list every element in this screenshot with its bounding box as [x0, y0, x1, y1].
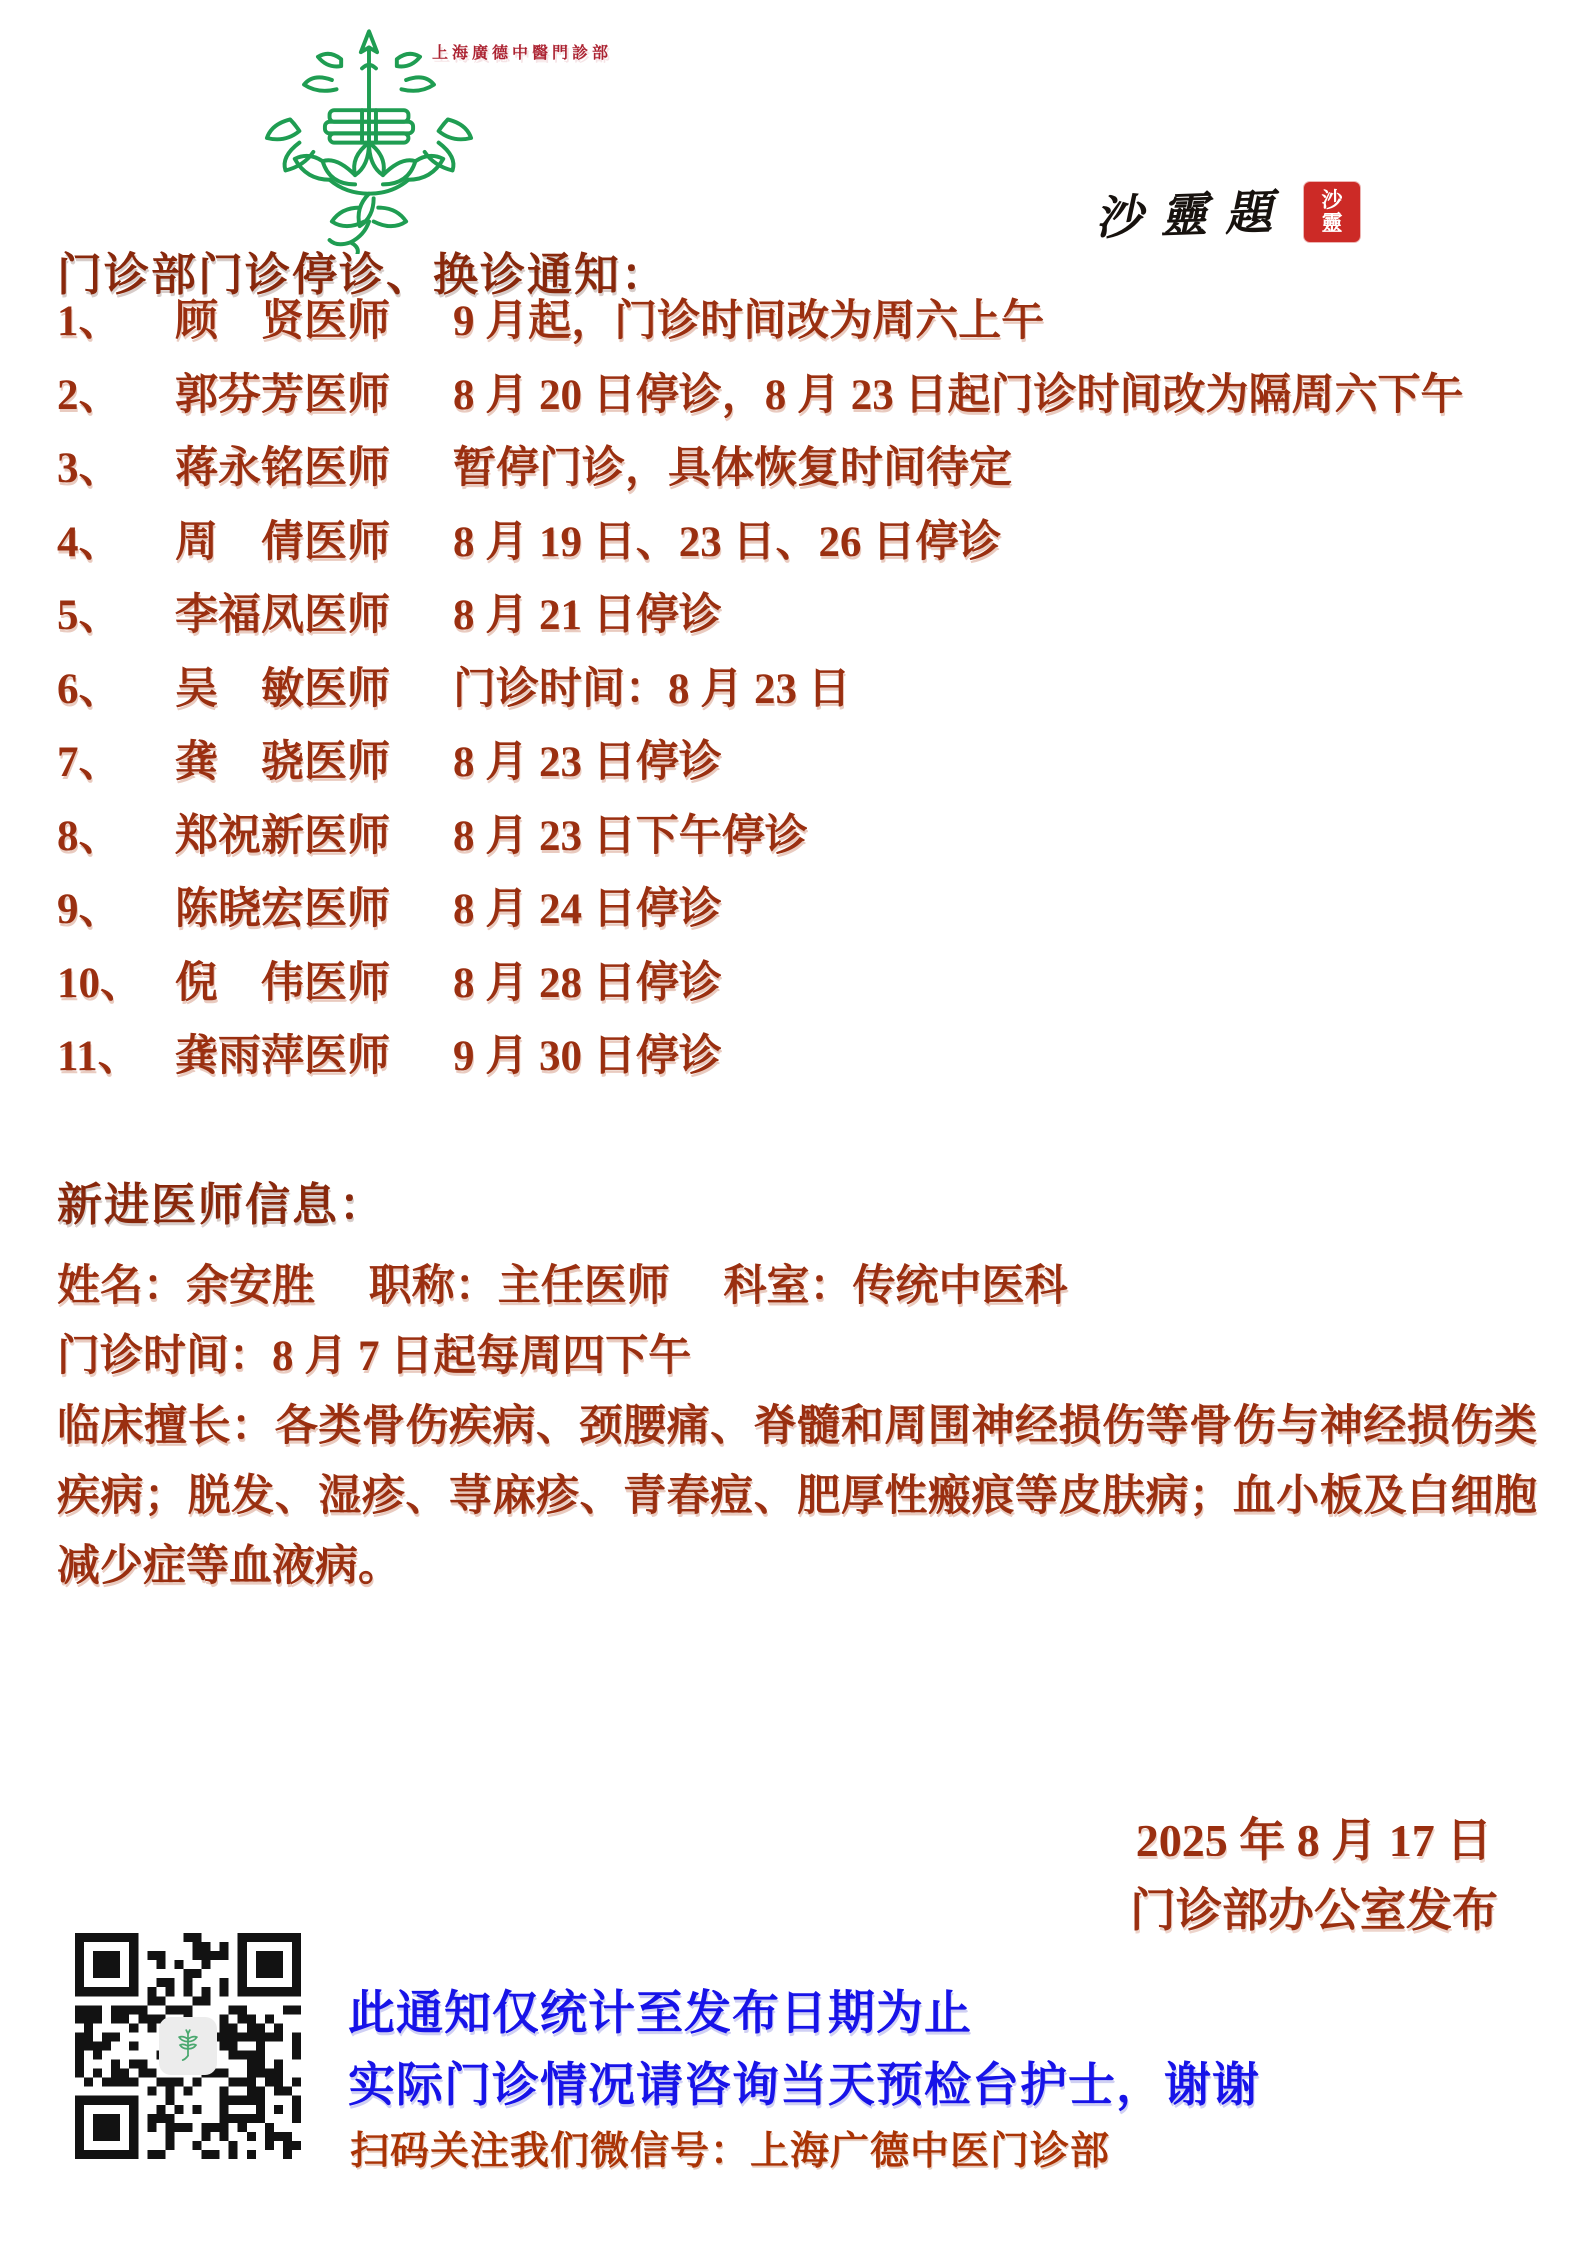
calligrapher-signature-row: 沙靈題 沙 靈 — [1095, 178, 1360, 245]
new-doctor-heading: 新进医师信息： — [57, 1168, 386, 1233]
row-number: 2、 — [57, 367, 175, 425]
doctor-name: 龚 骁医师 — [175, 734, 453, 792]
wechat-qr-code — [75, 1933, 301, 2159]
calligrapher-signature: 沙靈題 — [1094, 175, 1291, 249]
new-doctor-specialties: 临床擅长：各类骨伤疾病、颈腰痛、脊髓和周围神经损伤等骨伤与神经损伤类疾病；脱发、… — [57, 1392, 1537, 1602]
row-number: 3、 — [57, 440, 175, 498]
new-doctor-name-title-dept: 姓名：余安胜 职称：主任医师 科室：传统中医科 — [57, 1252, 1068, 1313]
schedule-change-row: 9、陈晓宏医师8 月 24 日停诊 — [57, 881, 1558, 955]
footer-note-blue-2: 实际门诊情况请咨询当天预检台护士，谢谢 — [348, 2048, 1260, 2115]
footer-note-blue-1: 此通知仅统计至发布日期为止 — [348, 1976, 972, 2043]
publish-date-block: 2025 年 8 月 17 日 门诊部办公室发布 — [1130, 1806, 1498, 1946]
schedule-change-list: 1、顾 贤医师9 月起，门诊时间改为周六上午2、郭芬芳医师8 月 20 日停诊，… — [57, 293, 1558, 1102]
row-number: 1、 — [57, 293, 175, 351]
row-number: 6、 — [57, 661, 175, 719]
publisher: 门诊部办公室发布 — [1130, 1876, 1498, 1946]
schedule-info: 暂停门诊，具体恢复时间待定 — [453, 440, 1558, 498]
schedule-info: 8 月 28 日停诊 — [453, 955, 1558, 1013]
schedule-info: 门诊时间：8 月 23 日 — [453, 661, 1558, 719]
red-seal-stamp: 沙 靈 — [1304, 182, 1360, 242]
schedule-change-row: 11、龚雨萍医师9 月 30 日停诊 — [57, 1028, 1558, 1102]
schedule-info: 8 月 23 日停诊 — [453, 734, 1558, 792]
qr-logo-plant-icon — [166, 2024, 210, 2068]
schedule-info: 9 月 30 日停诊 — [453, 1028, 1558, 1086]
qr-center-logo — [159, 2017, 217, 2075]
doctor-name: 顾 贤医师 — [175, 293, 453, 351]
row-number: 7、 — [57, 734, 175, 792]
schedule-change-row: 4、周 倩医师8 月 19 日、23 日、26 日停诊 — [57, 514, 1558, 588]
schedule-info: 8 月 19 日、23 日、26 日停诊 — [453, 514, 1558, 572]
schedule-change-row: 1、顾 贤医师9 月起，门诊时间改为周六上午 — [57, 293, 1558, 367]
doctor-name: 郑祝新医师 — [175, 808, 453, 866]
row-number: 10、 — [57, 955, 175, 1013]
doctor-name: 陈晓宏医师 — [175, 881, 453, 939]
row-number: 8、 — [57, 808, 175, 866]
schedule-change-row: 7、龚 骁医师8 月 23 日停诊 — [57, 734, 1558, 808]
schedule-change-row: 2、郭芬芳医师8 月 20 日停诊，8 月 23 日起门诊时间改为隔周六下午 — [57, 367, 1558, 441]
clinic-name-calligraphy: 上海廣德中醫門診部 — [432, 40, 1332, 63]
doctor-name: 龚雨萍医师 — [175, 1028, 453, 1086]
seal-char: 靈 — [1322, 212, 1343, 235]
new-doctor-clinic-hours: 门诊时间：8 月 7 日起每周四下午 — [57, 1322, 691, 1383]
publish-date: 2025 年 8 月 17 日 — [1130, 1806, 1498, 1876]
doctor-name: 倪 伟医师 — [175, 955, 453, 1013]
schedule-change-row: 8、郑祝新医师8 月 23 日下午停诊 — [57, 808, 1558, 882]
schedule-change-row: 10、倪 伟医师8 月 28 日停诊 — [57, 955, 1558, 1029]
doctor-name: 蒋永铭医师 — [175, 440, 453, 498]
schedule-info: 9 月起，门诊时间改为周六上午 — [453, 293, 1558, 351]
footer-note-wechat: 扫码关注我们微信号：上海广德中医门诊部 — [350, 2120, 1110, 2176]
doctor-name: 吴 敏医师 — [175, 661, 453, 719]
row-number: 9、 — [57, 881, 175, 939]
row-number: 11、 — [57, 1028, 175, 1086]
schedule-info: 8 月 24 日停诊 — [453, 881, 1558, 939]
schedule-info: 8 月 23 日下午停诊 — [453, 808, 1558, 866]
row-number: 4、 — [57, 514, 175, 572]
schedule-change-row: 3、蒋永铭医师暂停门诊，具体恢复时间待定 — [57, 440, 1558, 514]
schedule-change-row: 5、李福凤医师8 月 21 日停诊 — [57, 587, 1558, 661]
doctor-name: 郭芬芳医师 — [175, 367, 453, 425]
doctor-name: 李福凤医师 — [175, 587, 453, 645]
doctor-name: 周 倩医师 — [175, 514, 453, 572]
row-number: 5、 — [57, 587, 175, 645]
schedule-info: 8 月 21 日停诊 — [453, 587, 1558, 645]
notice-document: 上海廣德中醫門診部 沙靈題 沙 靈 门诊部门诊停诊、换诊通知： 1、顾 贤医师9… — [0, 0, 1588, 2245]
schedule-change-row: 6、吴 敏医师门诊时间：8 月 23 日 — [57, 661, 1558, 735]
seal-char: 沙 — [1322, 189, 1343, 212]
schedule-info: 8 月 20 日停诊，8 月 23 日起门诊时间改为隔周六下午 — [453, 367, 1558, 425]
